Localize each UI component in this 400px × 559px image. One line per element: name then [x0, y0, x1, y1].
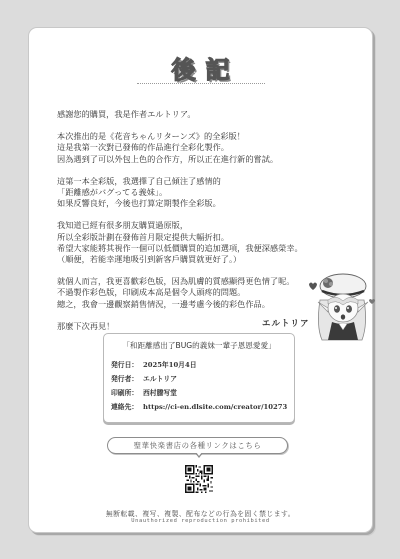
- text-line: 「距離感がバグってる義妹」。: [57, 187, 357, 198]
- text-line: 本次推出的是《花音ちゃんリターンズ》的全彩版！: [57, 131, 357, 142]
- links-speech-bubble: 聖華快楽書店の各種リンクはこちら: [107, 437, 288, 454]
- colophon-value: 西村謄写堂: [143, 389, 177, 397]
- contact-link[interactable]: https://ci-en.dlsite.com/creator/10273: [143, 403, 287, 411]
- colophon-row-publish-date: 発行日：2025年10月4日: [111, 359, 197, 369]
- colophon-key: 発行者：: [111, 373, 143, 383]
- text-line: 我知道已經有很多朋友購買過原版，: [57, 220, 357, 231]
- text-line: 希望大家能將其視作一個可以低價購買的追加選項，我便深感榮幸。: [57, 243, 357, 254]
- copyright-notice-english: Unauthorized reproduction prohibited: [29, 518, 372, 524]
- text-line: 因為遇到了可以外包上色的合作方，所以正在進行新的嘗試。: [57, 154, 357, 165]
- colophon-row-printer: 印刷所：西村謄写堂: [111, 387, 177, 397]
- paragraph-greeting: 感謝您的購買，我是作者エルトリア。: [57, 109, 357, 120]
- colophon-key: 発行日：: [111, 359, 143, 369]
- text-line: 所以全彩版計劃在發佈首月限定提供大幅折扣。: [57, 232, 357, 243]
- colophon-key: 連絡先：: [111, 401, 143, 411]
- links-bubble-label: 聖華快楽書店の各種リンクはこちら: [108, 440, 287, 451]
- text-line: 這是我第一次對已發佈的作品進行全彩化製作。: [57, 142, 357, 153]
- author-signature: エルトリア: [262, 317, 310, 329]
- title-dotted-divider: [137, 83, 265, 84]
- colophon-value: エルトリア: [143, 375, 177, 383]
- copyright-notice-japanese: 無断転載、複写、複製、配布などの行為を固く禁じます。: [29, 508, 372, 518]
- colophon-row-contact: 連絡先：https://ci-en.dlsite.com/creator/102…: [111, 401, 287, 411]
- paragraph-discount: 我知道已經有很多朋友購買過原版， 所以全彩版計劃在發佈首月限定提供大幅折扣。 希…: [57, 220, 357, 265]
- colophon-row-publisher: 発行者：エルトリア: [111, 373, 177, 383]
- text-line: 感謝您的購買，我是作者エルトリア。: [57, 109, 357, 120]
- speech-bubble-tail: [195, 453, 203, 458]
- colophon-key: 印刷所：: [111, 387, 143, 397]
- text-line: 這第一本全彩版，我選擇了自己傾注了感情的: [57, 176, 357, 187]
- paragraph-release: 本次推出的是《花音ちゃんリターンズ》的全彩版！ 這是我第一次對已發佈的作品進行全…: [57, 131, 357, 165]
- paragraph-choice: 這第一本全彩版，我選擇了自己傾注了感情的 「距離感がバグってる義妹」。 如果反響…: [57, 176, 357, 210]
- page-title: 後記: [29, 50, 372, 85]
- page: 後記 感謝您的購買，我是作者エルトリア。 本次推出的是《花音ちゃんリターンズ》的…: [0, 0, 400, 559]
- qr-code-icon[interactable]: [185, 465, 213, 493]
- colophon-box: 「和距離感出了BUG的義妹一輩子恩恩愛愛」 発行日：2025年10月4日 発行者…: [103, 333, 295, 423]
- afterword-card: 後記 感謝您的購買，我是作者エルトリア。 本次推出的是《花音ちゃんリターンズ》的…: [28, 27, 373, 533]
- colophon-title: 「和距離感出了BUG的義妹一輩子恩恩愛愛」: [104, 340, 294, 351]
- colophon-value: 2025年10月4日: [143, 361, 197, 369]
- text-line: 如果反響良好，今後也打算定期製作全彩版。: [57, 198, 357, 209]
- text-line: （順便，若能幸運地吸引到新客戶購買就更好了。）: [57, 254, 357, 265]
- chibi-character-illustration: [306, 266, 378, 346]
